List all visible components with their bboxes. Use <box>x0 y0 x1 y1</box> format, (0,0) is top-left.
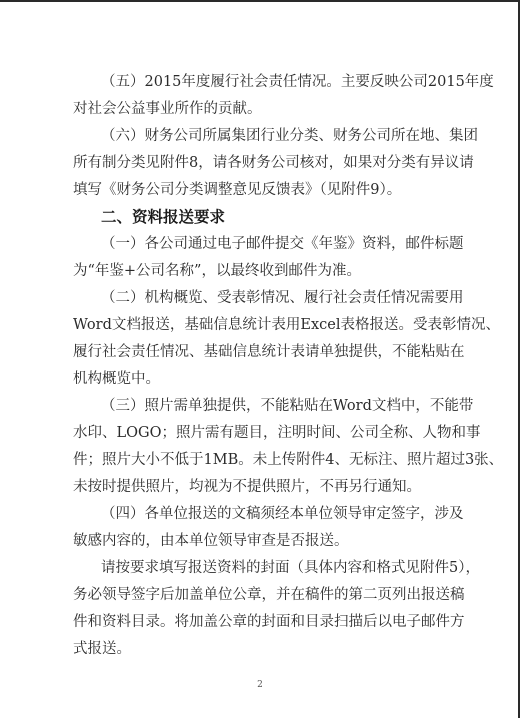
text-line: （二）机构概览、受表彰情况、履行社会责任情况需要用 <box>73 285 445 312</box>
paragraph-cover-instructions: 请按要求填写报送资料的封面（具体内容和格式见附件5）， 务必领导签字后加盖单位公… <box>73 555 445 663</box>
text-line: Word文档报送，基础信息统计表用Excel表格报送。受表彰情况、 <box>73 312 445 339</box>
page-number: 2 <box>0 680 520 690</box>
document-page: （五）2015年度履行社会责任情况。主要反映公司2015年度 对社会公益事业所作… <box>73 69 445 663</box>
text-line: （六）财务公司所属集团行业分类、财务公司所在地、集团 <box>73 123 445 150</box>
text-line: 对社会公益事业所作的贡献。 <box>73 96 445 123</box>
page-border-top <box>0 0 520 2</box>
text-line: 所有制分类见附件8，请各财务公司核对，如果对分类有异议请 <box>73 150 445 177</box>
text-line: （四）各单位报送的文稿须经本单位领导审定签字，涉及 <box>73 501 445 528</box>
text-line: （一）各公司通过电子邮件提交《年鉴》资料，邮件标题 <box>73 231 445 258</box>
text-line: 式报送。 <box>73 636 445 663</box>
paragraph-requirement-1: （一）各公司通过电子邮件提交《年鉴》资料，邮件标题 为“年鉴+公司名称”，以最终… <box>73 231 445 285</box>
text-line: 填写《财务公司分类调整意见反馈表》（见附件9）。 <box>73 177 445 204</box>
text-line: 件和资料目录。将加盖公章的封面和目录扫描后以电子邮件方 <box>73 609 445 636</box>
text-line: 件；照片大小不低于1MB。未上传附件4、无标注、照片超过3张、 <box>73 447 445 474</box>
paragraph-requirement-4: （四）各单位报送的文稿须经本单位领导审定签字，涉及 敏感内容的，由本单位领导审查… <box>73 501 445 555</box>
text-line: 为“年鉴+公司名称”，以最终收到邮件为准。 <box>73 258 445 285</box>
text-line: 敏感内容的，由本单位领导审查是否报送。 <box>73 528 445 555</box>
paragraph-requirement-3: （三）照片需单独提供，不能粘贴在Word文档中，不能带 水印、LOGO；照片需有… <box>73 393 445 501</box>
paragraph-item-6: （六）财务公司所属集团行业分类、财务公司所在地、集团 所有制分类见附件8，请各财… <box>73 123 445 204</box>
text-line: 机构概览中。 <box>73 366 445 393</box>
paragraph-requirement-2: （二）机构概览、受表彰情况、履行社会责任情况需要用 Word文档报送，基础信息统… <box>73 285 445 393</box>
section-heading: 二、资料报送要求 <box>73 204 445 231</box>
text-line: 履行社会责任情况、基础信息统计表请单独提供，不能粘贴在 <box>73 339 445 366</box>
text-line: 未按时提供照片，均视为不提供照片，不再另行通知。 <box>73 474 445 501</box>
text-line: 务必领导签字后加盖单位公章，并在稿件的第二页列出报送稿 <box>73 582 445 609</box>
paragraph-item-5: （五）2015年度履行社会责任情况。主要反映公司2015年度 对社会公益事业所作… <box>73 69 445 123</box>
text-line: （五）2015年度履行社会责任情况。主要反映公司2015年度 <box>73 69 445 96</box>
text-line: （三）照片需单独提供，不能粘贴在Word文档中，不能带 <box>73 393 445 420</box>
text-line: 水印、LOGO；照片需有题目，注明时间、公司全称、人物和事 <box>73 420 445 447</box>
text-line: 请按要求填写报送资料的封面（具体内容和格式见附件5）， <box>73 555 445 582</box>
